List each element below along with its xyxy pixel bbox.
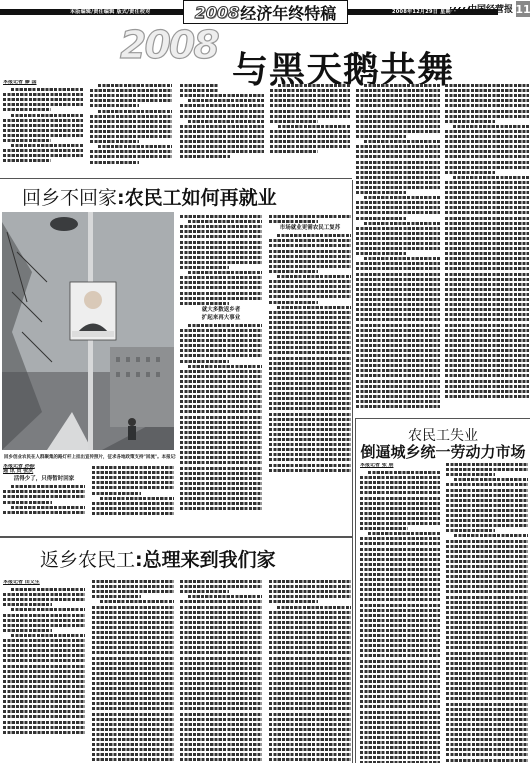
article3-headline: 返乡农民工:总理来到我们家 [40, 545, 276, 572]
vertical-divider [352, 180, 353, 763]
article2-byline-correspondent: 通 讯 员 张庆 [3, 469, 85, 474]
article2-title-light: 回乡不回家 [22, 187, 117, 209]
lead-column-4 [270, 82, 350, 178]
article2-subhead-3: 扩起来再大事业 [180, 316, 262, 321]
article4-byline: 本报记者 张 朋 [360, 463, 440, 468]
article2-column-3: 就大多数返乡者 扩起来再大事业 [180, 213, 262, 533]
article3-column-1: 本报记者 田文生 [3, 580, 85, 763]
page-number: 11 [516, 1, 530, 17]
article2-subhead-2: 就大多数返乡者 [180, 308, 262, 313]
article3-column-4 [269, 578, 351, 763]
decor-year: 2008 [120, 23, 218, 67]
article3-column-3 [180, 578, 262, 763]
lead-byline: 本报记者 滕 国 [3, 80, 83, 85]
article3-column-2 [92, 578, 174, 763]
photo-illustration [2, 212, 174, 450]
lead-column-5 [356, 82, 440, 410]
article2-subhead-4: 市场就业更需农民工复苏 [269, 226, 351, 231]
photo-caption: 回乡创业农民在人群聚集的路灯杆上挂出宣传照片，征求各地政策支持"回流"。本报记者… [4, 454, 176, 460]
article3-title-bold: :总理来到我们家 [135, 549, 276, 571]
article2-column-1: 本报记者 孙振 通 讯 员 张庆 活得少了，只得暂时回家 [3, 464, 85, 530]
article4-column-1: 本报记者 张 朋 [360, 463, 440, 763]
article2-headline: 回乡不回家:农民工如何再就业 [22, 183, 277, 210]
section-title: 经济年终特稿 [240, 1, 336, 24]
divider-lead [0, 178, 352, 179]
article2-title-bold: :农民工如何再就业 [117, 187, 277, 209]
lead-column-6 [445, 82, 529, 410]
lead-column-1: 本报记者 滕 国 [3, 80, 83, 178]
article3-title-light: 返乡农民工 [40, 549, 135, 571]
article2-subhead-1: 活得少了，只得暂时回家 [3, 477, 85, 482]
section-banner: 2008 经济年终特稿 [183, 0, 348, 24]
article2-column-2 [92, 464, 174, 530]
article3-byline: 本报记者 田文生 [3, 580, 85, 585]
lead-column-3 [180, 82, 264, 178]
article2-column-4: 市场就业更需农民工复苏 [269, 213, 351, 533]
street-photo [2, 212, 174, 450]
article4-column-2 [446, 461, 528, 763]
article4-box: 农民工失业 倒逼城乡统一劳动力市场 本报记者 张 朋 [355, 418, 530, 763]
section-year: 2008 [195, 3, 240, 22]
masthead-logo: 中国经营报 [468, 2, 513, 15]
lead-column-2 [90, 82, 172, 178]
article4-title-2: 倒逼城乡统一劳动力市场 [356, 441, 530, 462]
divider-article3 [0, 536, 352, 538]
issue-date: 2008年12月29日 星期一 [392, 8, 456, 15]
header-editor-meta: 本版编辑/责任编辑 版式/责任校对 [70, 8, 151, 15]
